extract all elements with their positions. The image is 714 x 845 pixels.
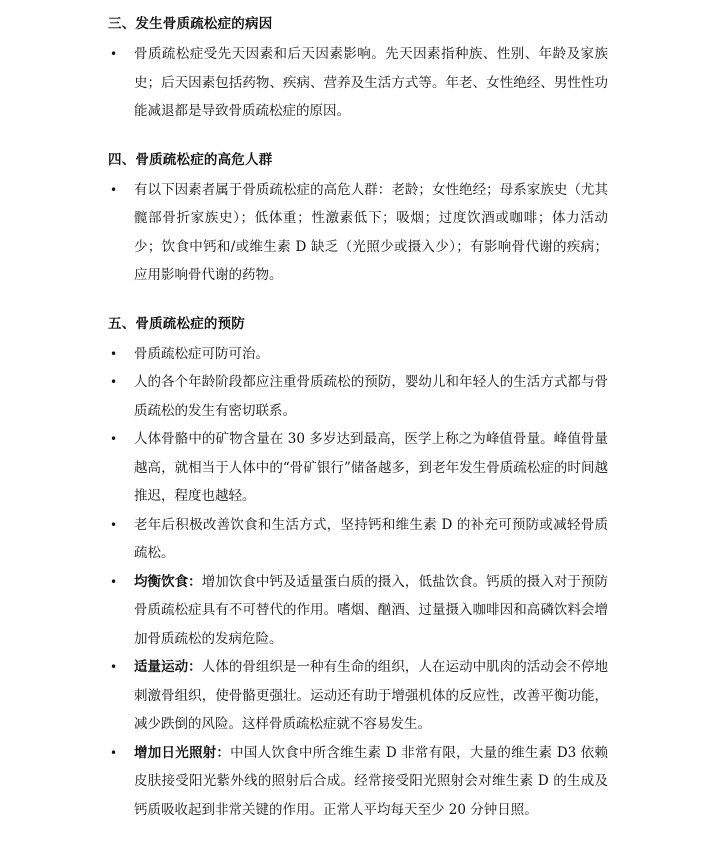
document-page: 三、发生骨质疏松症的病因 • 骨质疏松症受先天因素和后天因素影响。先天因素指种族…: [108, 14, 608, 845]
bullet-icon: •: [110, 368, 117, 397]
section-heading: 五、骨质疏松症的预防: [108, 314, 608, 334]
bullet-icon: •: [110, 739, 117, 768]
section-heading: 三、发生骨质疏松症的病因: [108, 14, 608, 34]
list-item: • 骨质疏松症可防可治。: [108, 340, 608, 369]
list-item: • 骨质疏松症受先天因素和后天因素影响。先天因素指种族、性别、年龄及家族史；后天…: [108, 40, 608, 126]
list-item: • 有以下因素者属于骨质疏松症的高危人群：老龄；女性绝经；母系家族史（尤其髋部骨…: [108, 176, 608, 290]
section-prevention: 五、骨质疏松症的预防 • 骨质疏松症可防可治。 • 人的各个年龄阶段都应注重骨质…: [108, 314, 608, 825]
item-text: 人体骨骼中的矿物含量在 30 多岁达到最高，医学上称之为峰值骨量。峰值骨量越高，…: [134, 431, 608, 504]
item-lead: 适量运动：: [134, 659, 202, 675]
item-text: 老年后积极改善饮食和生活方式，坚持钙和维生素 D 的补充可预防或减轻骨质疏松。: [134, 517, 608, 562]
item-text: 骨质疏松症可防可治。: [134, 346, 269, 362]
section-heading: 四、骨质疏松症的高危人群: [108, 150, 608, 170]
bullet-icon: •: [110, 340, 117, 369]
list-item: • 人体骨骼中的矿物含量在 30 多岁达到最高，医学上称之为峰值骨量。峰值骨量越…: [108, 425, 608, 511]
item-text: 有以下因素者属于骨质疏松症的高危人群：老龄；女性绝经；母系家族史（尤其髋部骨折家…: [134, 182, 608, 284]
list-item-moderate-exercise: • 适量运动：人体的骨组织是一种有生命的组织，人在运动中肌肉的活动会不停地刺激骨…: [108, 653, 608, 739]
list-item-balanced-diet: • 均衡饮食：增加饮食中钙及适量蛋白质的摄入，低盐饮食。钙质的摄入对于预防骨质疏…: [108, 568, 608, 654]
bullet-list: • 骨质疏松症可防可治。 • 人的各个年龄阶段都应注重骨质疏松的预防，婴幼儿和年…: [108, 340, 608, 825]
bullet-icon: •: [110, 176, 117, 205]
list-item-sunlight: • 增加日光照射：中国人饮食中所含维生素 D 非常有限，大量的维生素 D3 依赖…: [108, 739, 608, 825]
item-text: 增加饮食中钙及适量蛋白质的摄入，低盐饮食。钙质的摄入对于预防骨质疏松症具有不可替…: [134, 574, 608, 647]
list-item: • 老年后积极改善饮食和生活方式，坚持钙和维生素 D 的补充可预防或减轻骨质疏松…: [108, 511, 608, 568]
item-text: 骨质疏松症受先天因素和后天因素影响。先天因素指种族、性别、年龄及家族史；后天因素…: [134, 46, 608, 119]
item-lead: 均衡饮食：: [134, 574, 202, 590]
bullet-list: • 骨质疏松症受先天因素和后天因素影响。先天因素指种族、性别、年龄及家族史；后天…: [108, 40, 608, 126]
section-causes: 三、发生骨质疏松症的病因 • 骨质疏松症受先天因素和后天因素影响。先天因素指种族…: [108, 14, 608, 126]
bullet-icon: •: [110, 568, 117, 597]
bullet-icon: •: [110, 425, 117, 454]
bullet-list: • 有以下因素者属于骨质疏松症的高危人群：老龄；女性绝经；母系家族史（尤其髋部骨…: [108, 176, 608, 290]
item-lead: 增加日光照射：: [134, 745, 230, 761]
item-text: 人体的骨组织是一种有生命的组织，人在运动中肌肉的活动会不停地刺激骨组织，使骨骼更…: [134, 659, 608, 732]
bullet-icon: •: [110, 40, 117, 69]
bullet-icon: •: [110, 653, 117, 682]
bullet-icon: •: [110, 511, 117, 540]
list-item: • 人的各个年龄阶段都应注重骨质疏松的预防，婴幼儿和年轻人的生活方式都与骨质疏松…: [108, 368, 608, 425]
item-text: 人的各个年龄阶段都应注重骨质疏松的预防，婴幼儿和年轻人的生活方式都与骨质疏松的发…: [134, 374, 608, 419]
section-high-risk: 四、骨质疏松症的高危人群 • 有以下因素者属于骨质疏松症的高危人群：老龄；女性绝…: [108, 150, 608, 290]
